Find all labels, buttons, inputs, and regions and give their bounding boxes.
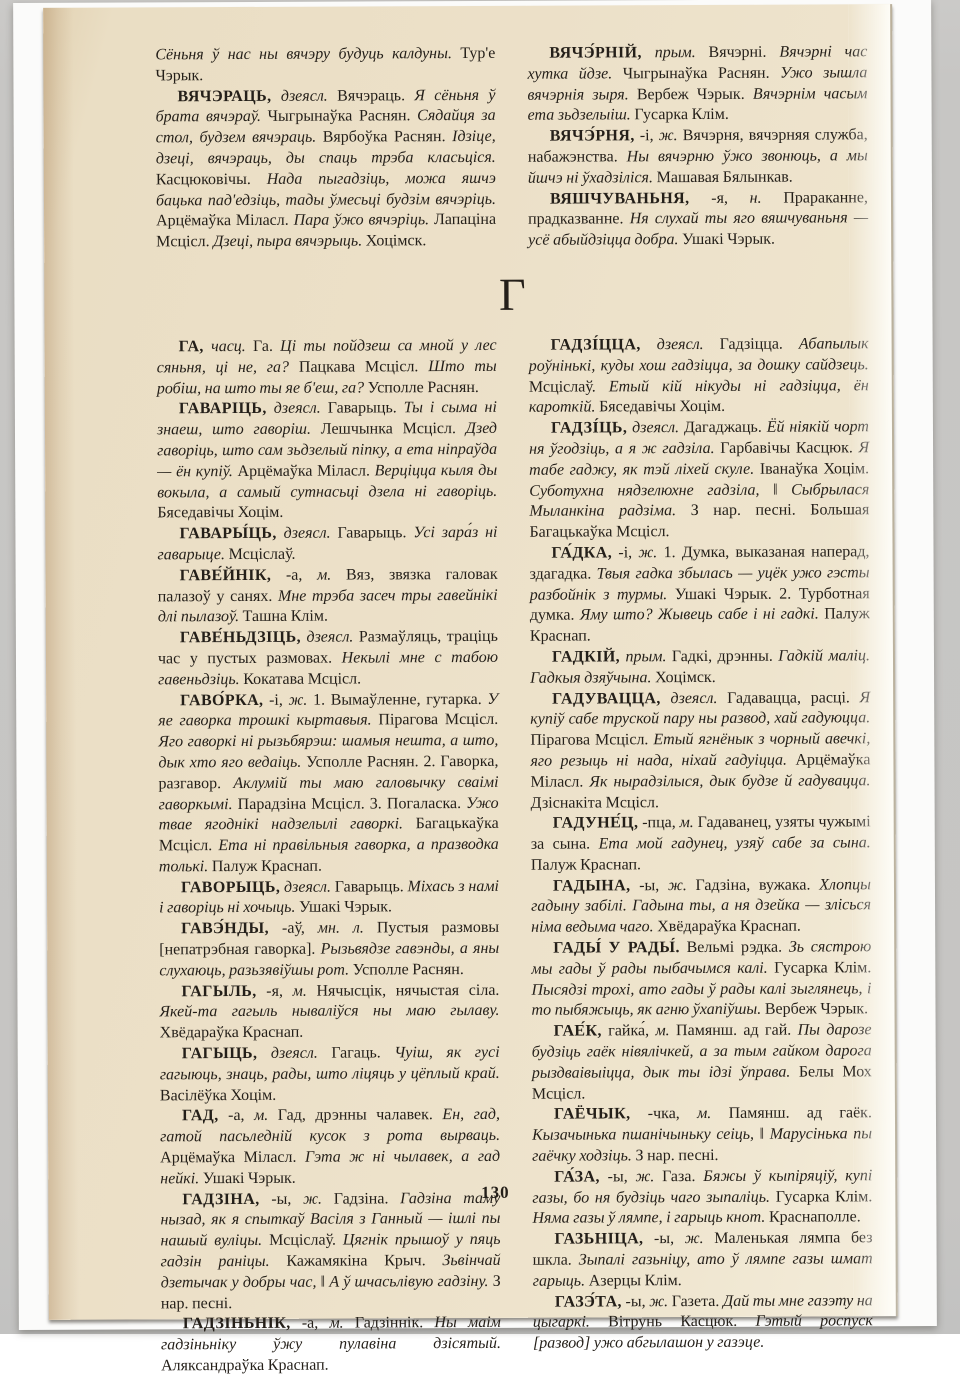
definition-text: -я, (711, 189, 728, 206)
definition-text: Нячысцік, нячыстая сіла. (316, 982, 499, 1000)
definition-text: Іванаўка Хоцім. (760, 460, 869, 477)
headword: ВЯШЧУВАНЬНЯ, (550, 190, 690, 208)
definition-text: -ы, (271, 1190, 291, 1207)
definition-text: -ы, (608, 1168, 628, 1185)
headword: ГАВАРЫ́ЦЬ, (179, 525, 276, 542)
definition-text: Кажамякіна Крыч. (286, 1252, 425, 1270)
definition-text: Азерцы Клім. (589, 1272, 682, 1289)
definition-text: Гадавацца, расці. (727, 689, 850, 707)
example-text: Пара ўжо вячэріць. (294, 212, 430, 230)
example-text: Дзеці, пыра вячэрыць. (213, 233, 362, 251)
headword: ГАВАРІЦЬ, (179, 400, 267, 417)
example-text: ж. (685, 1230, 704, 1247)
example-text: Няма газы ў лямпе, і гарыць кнот. (532, 1209, 765, 1227)
example-text: м. (293, 982, 307, 999)
dictionary-paragraph: ГАДЫНА, -ы, ж. Гадзіна, вужака. Хлопцы г… (531, 875, 871, 939)
example-text: м. (329, 1315, 343, 1332)
definition-text: Мсціслаў. (229, 546, 296, 563)
definition-text: Пірагова Мсцісл. (378, 711, 498, 729)
definition-text: Касцюковічы. (156, 171, 251, 188)
headword: ВЯЧЭРАЦЬ, (177, 87, 271, 104)
dictionary-paragraph: ГАВЭ́НДЫ, -аў, мн. л. Пустыя размовы [не… (159, 918, 499, 982)
example-text: дзеясл. (306, 629, 353, 646)
definition-text: Чыгрынаўка Раснян. (268, 108, 411, 126)
definition-text: Лешчынка Мсцісл. (321, 420, 456, 438)
headword: ГАЕ́К, (554, 1023, 602, 1040)
definition-text: Дагаджаць. (684, 419, 762, 436)
headword: ГАГЫЛЬ, (181, 983, 256, 1000)
definition-text: З нар. песні. (635, 1147, 718, 1164)
text-block: Сёньня ў нас ны вячэру будуць калдуны. Т… (155, 42, 873, 1334)
dictionary-paragraph: ГАЁЧЫК, -чка, м. Памянш. ад гаёк. Кызачы… (532, 1104, 872, 1168)
definition-text: -ы, (654, 1230, 674, 1247)
definition-text: -пца, (642, 814, 676, 831)
example-text: м. (317, 566, 331, 583)
definition-text: Усполле Раснян. (353, 961, 464, 978)
definition-text: -а, (228, 1107, 245, 1124)
headword: ГАВЕ́НЬДЗІЦЬ, (180, 629, 301, 647)
definition-text: Гагаць. (331, 1044, 381, 1061)
headword: ГАВЭ́НДЫ, (181, 920, 269, 937)
headword: ГАДУНЕ́Ц, (553, 815, 639, 832)
definition-text: Бяседавічы Хоцім. (157, 504, 283, 522)
definition-text: Мсціслаў. (269, 1232, 336, 1249)
example-text: мн. л. (318, 920, 364, 937)
definition-text: Вербеж Чэрык. (765, 1001, 868, 1018)
book-page: Сёньня ў нас ны вячэру будуць калдуны. Т… (43, 4, 898, 1320)
example-text: дзеясл. (271, 1045, 318, 1062)
dictionary-paragraph: ГАЗЭ́ТА, -ы, ж. Газета. Дай ты мне газэт… (533, 1291, 873, 1334)
example-text: дзеясл. (281, 87, 328, 104)
example-text: м. (254, 1107, 268, 1124)
headword: ГАЗЭ́ТА, (555, 1293, 622, 1310)
dictionary-paragraph: ГАДУНЕ́Ц, -пца, м. Гадаванец, узяты чужы… (531, 813, 871, 877)
definition-text: -ы, (625, 1293, 645, 1310)
dictionary-paragraph: ГАДУВАЦЦА, дзеясл. Гадавацца, расці. Я к… (530, 688, 871, 814)
example-text: ж. (288, 691, 307, 708)
example-text: Як нырадзілыся, дык будзе й гадувацца. (589, 772, 870, 790)
dictionary-paragraph: ВЯЧЭ́РНІЙ, прым. Вячэрні. Вячэрні час ху… (527, 42, 867, 127)
definition-text: Усполле Раснян. (368, 379, 479, 396)
definition-text: Васілёўка Хоцім. (160, 1087, 276, 1105)
definition-text: Гадзіна, вужака. (695, 876, 810, 894)
dictionary-paragraph: ГАДЗІ́ЦЦА, дзеясл. Гадзіцца. Абапылык ро… (529, 334, 869, 419)
headword: ГА́ЗА, (554, 1168, 600, 1185)
definition-text: Гад, дрэнны чалавек. (278, 1107, 433, 1125)
definition-text: Гусарка Клім. (634, 106, 729, 123)
definition-text: Арцёмаўка Міласл. (156, 212, 289, 230)
example-text: прым. (625, 648, 666, 665)
definition-text: Гусарка Клім. (776, 1188, 873, 1205)
headword: ГАДЫНА, (553, 877, 631, 894)
definition-text: Вербеж Чэрык. (637, 85, 745, 102)
definition-text: -аў, (282, 920, 305, 937)
definition-text: гайка́, (608, 1022, 649, 1039)
definition-text: Вярбоўка Раснян. (323, 128, 446, 146)
definition-text: Гадзіна. (334, 1190, 389, 1207)
dictionary-paragraph: ГА́ДКА, -і, ж. 1. Думка, выказаная напер… (529, 542, 869, 647)
definition-text: Арцёмаўка Міласл. (237, 462, 370, 480)
dictionary-paragraph: ГАВАРЫ́ЦЬ, дзеясл. Гаварыць. Усі зара́з … (157, 523, 497, 566)
definition-text: 1. Вымаўленне, гутарка. (313, 690, 482, 708)
example-text: дзеясл. (632, 419, 679, 436)
definition-text: Бяседавічы Хоцім. (599, 398, 725, 416)
example-text: ж. (659, 127, 678, 144)
definition-text: -я, (266, 982, 283, 999)
top-right-column: ВЯЧЭ́РНІЙ, прым. Вячэрні. Вячэрні час ху… (527, 42, 868, 251)
definition-text: Ташна Клім. (243, 608, 328, 625)
headword: ГАДЗІ́ЦЦА, (551, 336, 641, 353)
definition-text: -ы, (639, 877, 659, 894)
definition-text: -і, (269, 691, 283, 708)
example-text: ж. (649, 1293, 668, 1310)
example-text: м. (655, 1022, 669, 1039)
definition-text: -чка, (648, 1106, 680, 1123)
definition-text: Палуж Краснап. (531, 856, 641, 873)
headword: ВЯЧЭ́РНЯ, (550, 127, 635, 144)
dictionary-paragraph: ГАВАРІЦЬ, дзеясл. Гаварыць. Ты і сыма ні… (157, 398, 498, 524)
dictionary-paragraph: ГАЗЬНІЦА, -ы, ж. Маленькая лямпа без шкл… (532, 1228, 872, 1292)
section-letter-heading: Г (156, 270, 868, 319)
headword: ГАДКІЙ, (552, 648, 620, 665)
definition-text: -і, (618, 544, 632, 561)
definition-text: Пацкава Мсцісл. (299, 358, 419, 376)
definition-text: Памянш. ад гаёк. (729, 1105, 872, 1123)
dictionary-paragraph: ГАДЫ́ У РАДЫ́. Вельмі рэдка. Зь сястрою … (531, 937, 871, 1022)
example-text: дзеясл. (284, 878, 331, 895)
definition-text: -а, (286, 566, 303, 583)
dictionary-paragraph: ВЯШЧУВАНЬНЯ, -я, н. Прараканне, прадказв… (528, 188, 868, 252)
definition-text: Гаварыць. (335, 878, 404, 895)
headword: ГАЁЧЫК, (554, 1106, 631, 1123)
headword: ГАГЫЦЬ, (182, 1045, 258, 1062)
top-left-column: Сёньня ў нас ны вячэру будуць калдуны. Т… (155, 44, 496, 253)
definition-text: -а, (302, 1315, 319, 1332)
headword: ГАДЗІ́ЦЬ, (551, 419, 627, 436)
definition-text: Хвёдараўка Краснап. (160, 1024, 304, 1042)
dictionary-paragraph: ГАВЕ́ЙНІК, -а, м. Вяз, звязка галовак па… (158, 565, 498, 629)
example-text: Ета мой гадунец, узяў сабе за сына. (599, 834, 871, 852)
definition-text: Парадзіна Мсцісл. 3. Погаласка. (238, 795, 461, 813)
dictionary-paragraph: ГА́ЗА, -ы, ж. Газа. Бяжы ў кыпіряціў, ку… (532, 1166, 872, 1230)
definition-text: Вітрунь Касцюк. (608, 1313, 737, 1331)
definition-text: Машавая Бялынкав. (657, 168, 793, 186)
top-entries-row: Сёньня ў нас ны вячэру будуць калдуны. Т… (155, 42, 868, 253)
definition-text: Палуж Краснап. (212, 858, 322, 875)
definition-text: Гадкі, дрэнны. (672, 648, 773, 665)
headword: ГАЗЬНІЦА, (554, 1230, 643, 1247)
main-right-column: ГАДЗІ́ЦЦА, дзеясл. Гадзіцца. Абапылык ро… (529, 334, 873, 1334)
example-text: ж. (638, 544, 657, 561)
definition-text: Хоцімск. (655, 669, 716, 686)
headword: ГАД, (182, 1108, 219, 1125)
headword: ГАДЗІНА, (182, 1191, 259, 1208)
dictionary-paragraph: ГАДЗІ́ЦЬ, дзеясл. Дагаджаць. Ёй ніякій ч… (529, 417, 870, 543)
definition-text: Га. (253, 338, 273, 355)
definition-text: Кокатава Мсцісл. (243, 670, 361, 688)
definition-text: Пірагова Мсцісл. (530, 731, 648, 749)
example-text: дзеясл. (284, 525, 331, 542)
dictionary-paragraph: ГАВОРЫЦЬ, дзеясл. Гаварыць. Міхась з нам… (159, 877, 499, 920)
dictionary-paragraph: ГАД, -а, м. Гад, дрэнны чалавек. Ен, гад… (160, 1105, 500, 1190)
definition-text: Хвёдараўка Краснап. (657, 918, 801, 936)
definition-text: Гадзіннік. (355, 1315, 423, 1332)
dictionary-paragraph: ГАДЗІНЬНІК, -а, м. Гадзіннік. Ны маім га… (161, 1313, 501, 1334)
example-text: часц. (211, 338, 246, 355)
definition-text: Краснаполле. (769, 1209, 861, 1226)
definition-text: Вячэрні. (708, 44, 766, 61)
dictionary-paragraph: ГАВО́РКА, -і, ж. 1. Вымаўленне, гутарка.… (158, 689, 499, 878)
dictionary-paragraph: ГАДКІЙ, прым. Гадкі, дрэнны. Гадкій малі… (530, 646, 870, 689)
headword: ГА, (179, 338, 204, 355)
dictionary-paragraph: Сёньня ў нас ны вячэру будуць калдуны. Т… (155, 44, 495, 87)
definition-text: Вельмі рэдка. (687, 939, 783, 956)
dictionary-paragraph: ВЯЧЭРАЦЬ, дзеясл. Вячэраць. Я сёньня ў б… (155, 85, 496, 253)
dictionary-paragraph: ГАВЕ́НЬДЗІЦЬ, дзеясл. Размаўляць, траціц… (158, 627, 498, 691)
example-text: ж. (635, 1168, 654, 1185)
headword: ВЯЧЭ́РНІЙ, (549, 44, 642, 61)
dictionary-paragraph: ГАЕ́К, гайка́, м. Памянш. ад гай. Пы дар… (532, 1021, 872, 1106)
definition-text: -і, (640, 127, 654, 144)
definition-text: Газета. (672, 1293, 720, 1310)
definition-text: Памянш. ад гай. (676, 1022, 791, 1040)
definition-text: Чыгрынаўка Раснян. (623, 64, 770, 82)
example-text: м. (697, 1105, 711, 1122)
headword: ГАДУВАЦЦА, (552, 690, 661, 707)
headword: ГАДЫ́ У РАДЫ́. (553, 939, 680, 957)
example-text: дзеясл. (657, 336, 704, 353)
dictionary-paragraph: ГАГЫЦЬ, дзеясл. Гагаць. Чуіш, як гусі га… (160, 1043, 500, 1107)
example-text: прым. (655, 44, 696, 61)
definition-text: Ушакі Чэрык. (299, 899, 392, 916)
definition-text: Гаварыць. (328, 400, 397, 417)
headword: ГАВО́РКА, (180, 691, 263, 708)
example-text: Яму што? Жывець сабе і ні гадкі. (580, 606, 819, 624)
page-number: 130 (445, 1183, 545, 1203)
definition-text: Гаварыць. (337, 524, 406, 541)
headword: ГАВЕ́ЙНІК, (180, 567, 272, 584)
definition-text: Гарбавічы Касцюк. (720, 439, 853, 457)
dictionary-paragraph: ГАГЫЛЬ, -я, м. Нячысцік, нячыстая сіла. … (159, 981, 499, 1045)
example-text: м. (680, 814, 694, 831)
example-text: Сёньня ў нас ны вячэру будуць калдуны. (155, 45, 452, 63)
definition-text: Арцёмаўка Міласл. (160, 1149, 296, 1167)
dictionary-paragraph: ВЯЧЭ́РНЯ, -і, ж. Вячэрня, вячэрняя служб… (528, 125, 868, 189)
example-text: ж. (668, 877, 687, 894)
headword: ГАВОРЫЦЬ, (181, 879, 280, 896)
dictionary-paragraph: ГА, часц. Га. Ці ты пойдзеш са мной у ле… (157, 336, 497, 400)
definition-text: Гусарка Клім. (774, 959, 871, 976)
definition-text: Ушакі Чэрык. (203, 1170, 296, 1187)
headword: ГА́ДКА, (551, 544, 612, 561)
definition-text: Газа. (662, 1168, 695, 1185)
definition-text: Мсціслаў. (529, 378, 596, 395)
definition-text: Ушакі Чэрык. (682, 231, 775, 248)
definition-text: Гадзіцца. (720, 336, 783, 353)
headword: ГАДЗІНЬНІК, (183, 1315, 291, 1332)
example-text: Зыпалі газьніцу, ато ў лямпе газы шмат г… (533, 1250, 873, 1289)
example-text: ж. (303, 1190, 322, 1207)
definition-text: Дзіснакіта Мсцісл. (531, 794, 659, 812)
example-text: дзеясл. (274, 400, 321, 417)
example-text: дзеясл. (670, 689, 717, 706)
definition-text: Вячэраць. (337, 87, 405, 104)
example-text: н. (750, 189, 762, 206)
dictionary-paragraph: ГАДЗІНА, -ы, ж. Гадзіна. Гадзіна таму ны… (160, 1189, 501, 1315)
definition-text: Хоцімск. (366, 232, 427, 249)
example-text: Якей-та гагыль нываліўся ны маю гылаву. (159, 1002, 499, 1020)
